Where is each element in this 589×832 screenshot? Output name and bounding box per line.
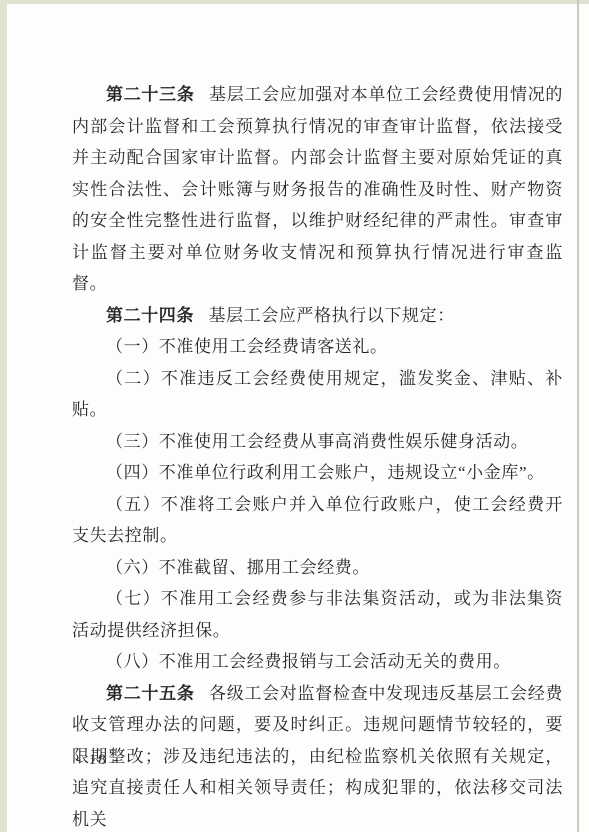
list-item-paragraph: （一）不准使用工会经费请客送礼。 (72, 331, 563, 363)
scan-edge-top (0, 0, 589, 4)
paragraphs: 第二十三条基层工会应加强对本单位工会经费使用情况的内部会计监督和工会预算执行情况… (72, 79, 563, 832)
list-item-paragraph: （七）不准用工会经费参与非法集资活动，或为非法集资活动提供经济担保。 (72, 583, 563, 646)
article-heading: 第二十三条 (106, 85, 195, 104)
article-heading: 第二十四条 (106, 306, 194, 325)
list-item-paragraph: （六）不准截留、挪用工会经费。 (72, 552, 563, 584)
scan-page-border-right (577, 0, 579, 832)
paragraph-text: 基层工会应加强对本单位工会经费使用情况的内部会计监督和工会预算执行情况的审查审计… (72, 85, 563, 293)
document-body: 第二十三条基层工会应加强对本单位工会经费使用情况的内部会计监督和工会预算执行情况… (72, 79, 563, 832)
list-item-paragraph: （三）不准使用工会经费从事高消费性娱乐健身活动。 (72, 426, 563, 458)
paragraph-text: （七）不准用工会经费参与非法集资活动，或为非法集资活动提供经济担保。 (72, 589, 563, 640)
paragraph-text: （六）不准截留、挪用工会经费。 (106, 558, 370, 577)
paragraph-text: （一）不准使用工会经费请客送礼。 (106, 337, 388, 356)
article-paragraph: 第二十五条各级工会对监督检查中发现违反基层工会经费收支管理办法的问题，要及时纠正… (72, 678, 563, 832)
list-item-paragraph: （二）不准违反工会经费使用规定，滥发奖金、津贴、补贴。 (72, 363, 563, 426)
paragraph-text: （八）不准用工会经费报销与工会活动无关的费用。 (106, 652, 511, 671)
article-heading: 第二十五条 (106, 684, 195, 703)
paragraph-text: （三）不准使用工会经费从事高消费性娱乐健身活动。 (106, 432, 528, 451)
scanned-document-page: 第二十三条基层工会应加强对本单位工会经费使用情况的内部会计监督和工会预算执行情况… (0, 0, 589, 832)
paragraph-text: （四）不准单位行政利用工会账户，违规设立“小金库”。 (106, 463, 545, 482)
list-item-paragraph: （四）不准单位行政利用工会账户，违规设立“小金库”。 (72, 457, 563, 489)
paragraph-text: （二）不准违反工会经费使用规定，滥发奖金、津贴、补贴。 (72, 369, 563, 420)
paragraph-text: （五）不准将工会账户并入单位行政账户，使工会经费开支失去控制。 (72, 495, 563, 546)
article-paragraph: 第二十三条基层工会应加强对本单位工会经费使用情况的内部会计监督和工会预算执行情况… (72, 79, 563, 300)
paragraph-text: 基层工会应严格执行以下规定： (208, 306, 454, 325)
article-paragraph: 第二十四条基层工会应严格执行以下规定： (72, 300, 563, 332)
scan-edge-left (0, 0, 7, 832)
page-number: - 18 - (76, 752, 121, 769)
list-item-paragraph: （八）不准用工会经费报销与工会活动无关的费用。 (72, 646, 563, 678)
list-item-paragraph: （五）不准将工会账户并入单位行政账户，使工会经费开支失去控制。 (72, 489, 563, 552)
paragraph-text: 各级工会对监督检查中发现违反基层工会经费收支管理办法的问题，要及时纠正。违规问题… (72, 684, 563, 829)
